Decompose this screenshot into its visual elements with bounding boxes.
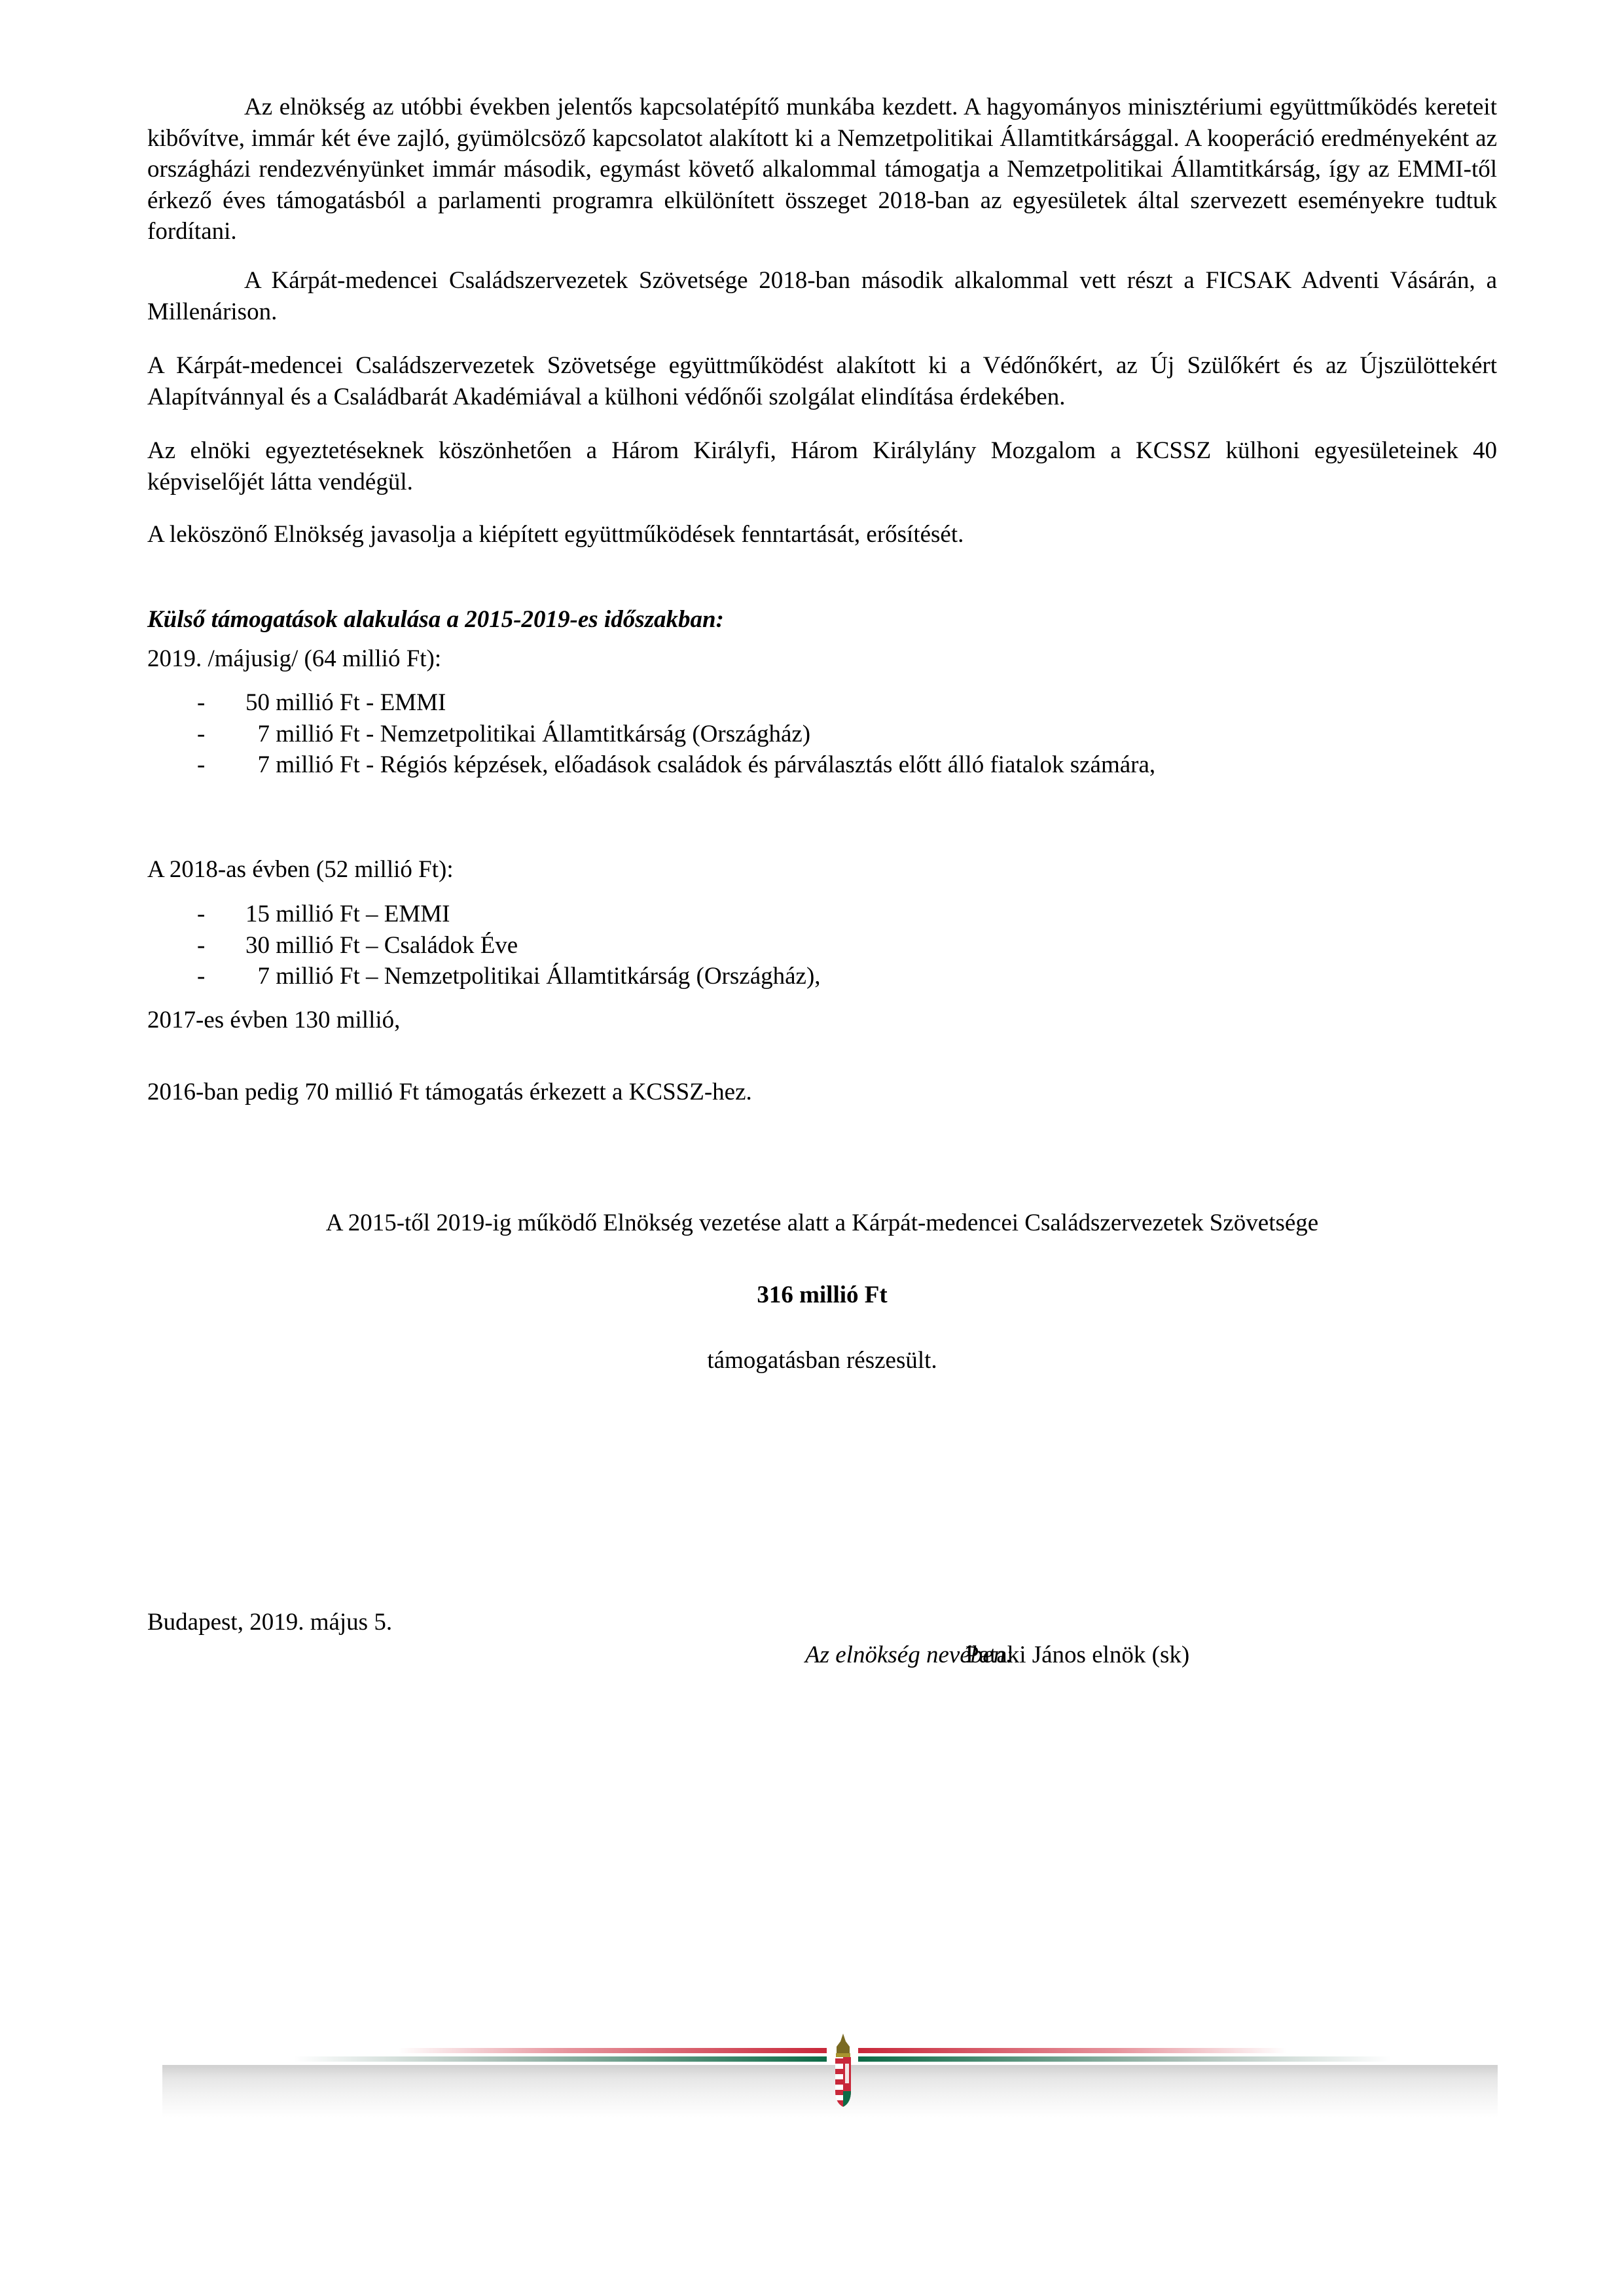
list-item-text: 7 millió Ft – Nemzetpolitikai Államtitká… (245, 961, 821, 992)
list-item-text: 30 millió Ft – Családok Éve (245, 930, 518, 961)
list-item: - 7 millió Ft - Nemzetpolitikai Államtit… (147, 719, 1497, 750)
dash-bullet: - (197, 749, 205, 781)
section-heading: Külső támogatások alakulása a 2015-2019-… (147, 604, 1497, 636)
paragraph-partnerships: Az elnökség az utóbbi években jelentős k… (147, 92, 1497, 247)
list-item-text: 15 millió Ft – EMMI (245, 899, 450, 930)
paragraph-ficsak: A Kárpát-medencei Családszervezetek Szöv… (147, 265, 1497, 327)
place-date: Budapest, 2019. május 5. (147, 1607, 392, 1638)
list-item: - 15 millió Ft – EMMI (147, 899, 1497, 930)
paragraph-cooperation: A Kárpát-medencei Családszervezetek Szöv… (147, 350, 1497, 412)
list-item-text: 7 millió Ft - Régiós képzések, előadások… (245, 749, 1155, 781)
summary-amount: 316 millió Ft (147, 1280, 1497, 1311)
list-item: - 7 millió Ft – Nemzetpolitikai Államtit… (147, 961, 1497, 992)
year-2018-label: A 2018-as évben (52 millió Ft): (147, 854, 1497, 886)
summary-closing: támogatásban részesült. (147, 1345, 1497, 1376)
list-item: - 50 millió Ft - EMMI (147, 687, 1497, 719)
list-item: - 30 millió Ft – Családok Éve (147, 930, 1497, 961)
green-stripe-left (293, 2056, 827, 2062)
year-2016-line: 2016-ban pedig 70 millió Ft támogatás ér… (147, 1077, 1497, 1108)
footer-decoration (162, 2026, 1498, 2117)
green-stripe-right (858, 2056, 1392, 2062)
year-2019-list: - 50 millió Ft - EMMI - 7 millió Ft - Ne… (147, 687, 1497, 781)
year-2018-list: - 15 millió Ft – EMMI - 30 millió Ft – C… (147, 899, 1497, 992)
year-2017-line: 2017-es évben 130 millió, (147, 1005, 1497, 1036)
dash-bullet: - (197, 961, 205, 992)
paragraph-recommendation: A leköszönő Elnökség javasolja a kiépíte… (147, 519, 1497, 550)
paragraph-three-princes: Az elnöki egyeztetéseknek köszönhetően a… (147, 435, 1497, 497)
dash-bullet: - (197, 930, 205, 961)
list-item: - 7 millió Ft - Régiós képzések, előadás… (147, 749, 1497, 781)
summary-line: A 2015-től 2019-ig működő Elnökség vezet… (147, 1208, 1497, 1239)
list-item-text: 7 millió Ft - Nemzetpolitikai Államtitká… (245, 719, 810, 750)
red-stripe-right (858, 2048, 1287, 2053)
hungarian-coat-of-arms-icon (830, 2032, 856, 2109)
signer-name: Pataki János elnök (sk) (965, 1640, 1189, 1671)
dash-bullet: - (197, 899, 205, 930)
red-stripe-left (398, 2048, 827, 2053)
dash-bullet: - (197, 687, 205, 719)
dash-bullet: - (197, 719, 205, 750)
year-2019-label: 2019. /májusig/ (64 millió Ft): (147, 643, 1497, 675)
document-page: Az elnökség az utóbbi években jelentős k… (0, 0, 1624, 2296)
list-item-text: 50 millió Ft - EMMI (245, 687, 446, 719)
